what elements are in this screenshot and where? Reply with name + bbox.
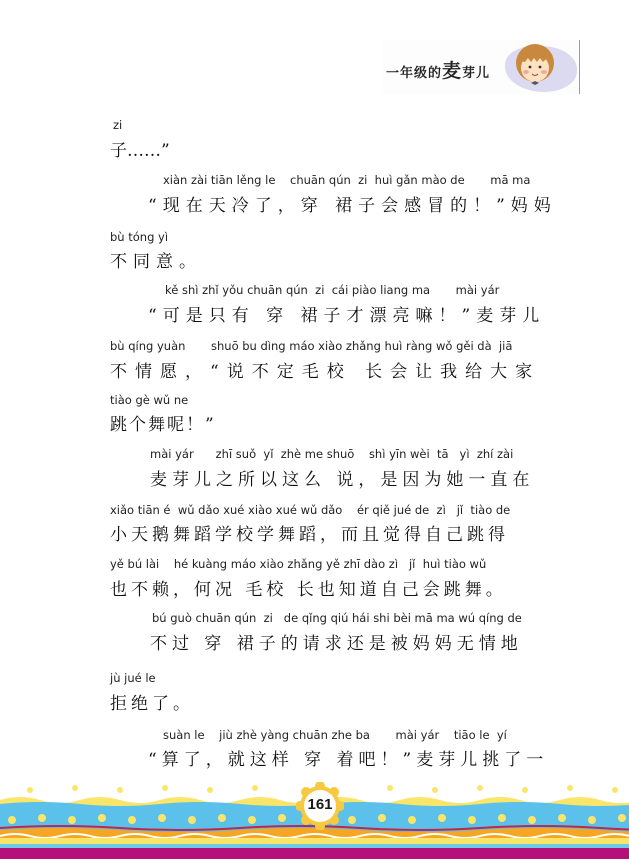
hanzi-line: 跳个舞呢！” — [110, 410, 216, 435]
girl-face-icon — [510, 41, 560, 89]
pinyin-line: kě shì zhǐ yǒu chuān qún zi cái piào lia… — [165, 283, 499, 297]
pinyin-line: zi — [113, 118, 122, 132]
pinyin-line: yě bú lài hé kuàng máo xiào zhǎng yě zhī… — [110, 557, 486, 571]
hanzi-line: 也不赖，何况 毛校 长也知道自己会跳舞。 — [110, 575, 507, 600]
book-title-part1: 一年级的 — [386, 66, 442, 81]
header-divider — [579, 40, 580, 94]
hanzi-line: 小天鹅舞蹈学校学舞蹈，而且觉得自己跳得 — [110, 520, 509, 545]
hanzi-line: “可是只有 穿 裙子才漂亮嘛！”麦芽儿 — [148, 301, 545, 326]
book-title-big-char: 麦 — [442, 60, 462, 82]
pinyin-line: xiàn zài tiān lěng le chuān qún zi huì g… — [163, 173, 530, 187]
pinyin-line: xiǎo tiān é wǔ dǎo xué xiào xué wǔ dǎo é… — [110, 503, 510, 517]
hanzi-line: 拒绝了。 — [110, 689, 194, 714]
hanzi-line: 子……” — [110, 136, 170, 161]
hanzi-line: 不情愿，“说不定毛校 长会让我给大家 — [110, 357, 540, 382]
book-title-part2: 芽儿 — [462, 66, 490, 81]
pinyin-line: tiào gè wǔ ne — [110, 393, 188, 407]
hanzi-line: 不同意。 — [110, 247, 202, 272]
book-title: 一年级的麦芽儿 — [386, 56, 490, 83]
page-number: 161 — [296, 782, 344, 830]
pinyin-line: bù tóng yì — [110, 230, 168, 244]
hanzi-line: 不过 穿 裙子的请求还是被妈妈无情地 — [150, 629, 523, 654]
pinyin-line: jù jué le — [110, 671, 156, 685]
hanzi-line: 麦芽儿之所以这么 说，是因为她一直在 — [150, 465, 534, 490]
pinyin-line: bú guò chuān qún zi de qǐng qiú hái shi … — [152, 611, 522, 625]
pinyin-line: mài yár zhī suǒ yǐ zhè me shuō shì yīn w… — [150, 447, 513, 461]
pinyin-line: bù qíng yuàn shuō bu dìng máo xiào zhǎng… — [110, 339, 512, 353]
pinyin-line: suàn le jiù zhè yàng chuān zhe ba mài yá… — [163, 728, 507, 742]
hanzi-line: “算了，就这样 穿 着吧！”麦芽儿挑了一 — [148, 745, 548, 770]
hanzi-line: “现在天冷了，穿 裙子会感冒的！”妈妈 — [148, 191, 557, 216]
